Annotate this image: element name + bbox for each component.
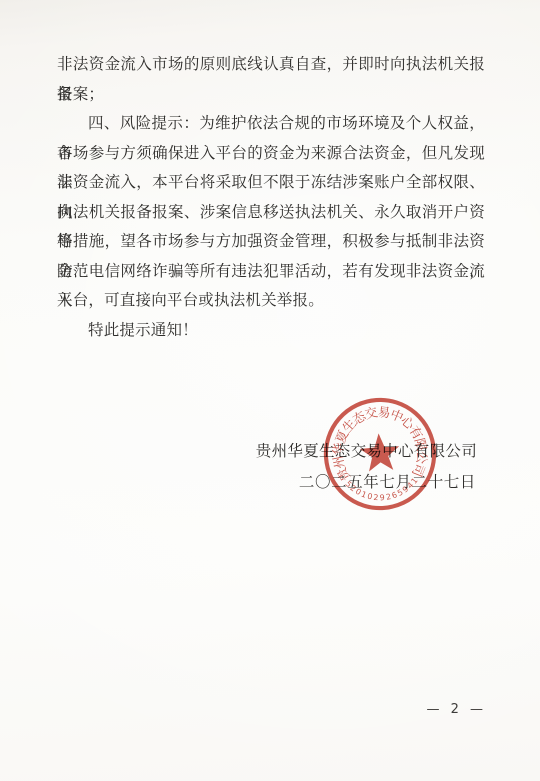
body-line: 报案；	[57, 80, 485, 110]
body-line: 市场参与方须确保进入平台的资金为来源合法资金，但凡发现非	[57, 139, 485, 169]
red-star-icon	[359, 432, 401, 472]
document-page: 非法资金流入市场的原则底线认真自查，并即时向执法机关报备 报案； 四、风险提示：…	[0, 0, 540, 781]
body-line: 非法资金流入市场的原则底线认真自查，并即时向执法机关报备	[57, 50, 485, 80]
notice-body: 非法资金流入市场的原则底线认真自查，并即时向执法机关报备 报案； 四、风险提示：…	[57, 50, 485, 345]
body-line: 防范电信网络诈骗等所有违法犯罪活动，若有发现非法资金流入	[57, 257, 485, 287]
body-line: 法资金流入，本平台将采取但不限于冻结涉案账户全部权限、向	[57, 168, 485, 198]
body-line: 平台，可直接向平台或执法机关举报。	[57, 286, 485, 316]
company-seal-stamp: 贵州华夏生态交易中心有限公司 5201029265941	[317, 391, 443, 517]
body-line: 四、风险提示：为维护依法合规的市场环境及个人权益，各	[57, 109, 485, 139]
page-number: — 2 —	[426, 702, 484, 717]
body-line: 特此提示通知！	[57, 316, 485, 346]
body-line: 执法机关报备报案、涉案信息移送执法机关、永久取消开户资格	[57, 198, 485, 228]
body-line: 等措施，望各市场参与方加强资金管理，积极参与抵制非法资金，	[57, 227, 485, 257]
